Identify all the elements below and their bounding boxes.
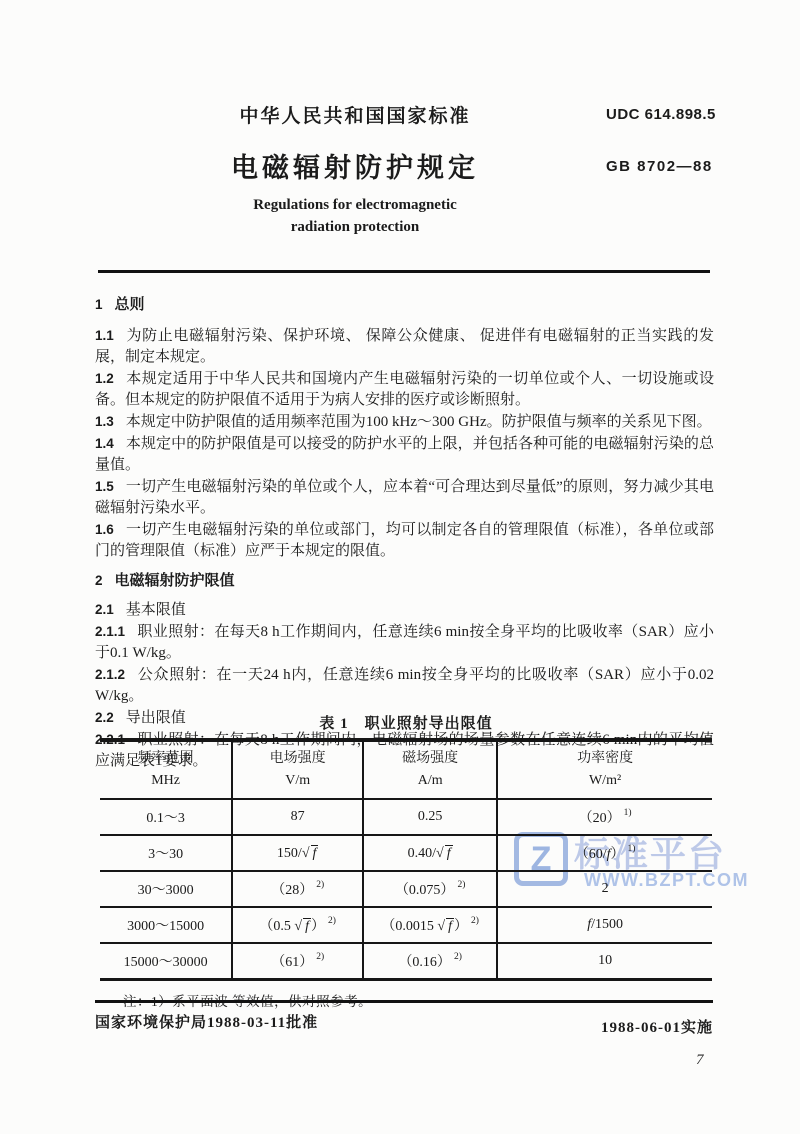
table-block: 表 1 职业照射导出限值 频率范围MHz 电场强度V/m 磁场强度A/m 功率密…: [100, 712, 712, 1010]
header-divider: [98, 270, 710, 273]
table-cell: （0.075）2): [363, 871, 497, 907]
approval-text: 国家环境保护局1988-03-11批准: [95, 1011, 318, 1032]
clause-number: 2: [95, 573, 103, 588]
document-page: 中华人民共和国国家标准 UDC 614.898.5 电磁辐射防护规定 GB 87…: [0, 0, 800, 1134]
table-row: 3～30 150/√f 0.40/√f （60/f）1): [100, 835, 712, 871]
clause-number: 1.3: [95, 414, 114, 429]
clause: 1.1为防止电磁辐射污染、保护环境、 保障公众健康、 促进伴有电磁辐射的正当实践…: [95, 325, 714, 368]
table-cell: （0.5 √f）2): [232, 907, 363, 943]
column-header-power-density: 功率密度W/m²: [497, 740, 712, 799]
english-title-line1: Regulations for electromagnetic: [95, 197, 615, 214]
clause-text: 职业照射：在每天8 h工作期间内，任意连续6 min按全身平均的比吸收率（SAR…: [95, 624, 714, 661]
section-heading: 2电磁辐射防护限值: [95, 570, 714, 592]
table-row: 0.1～3 87 0.25 （20）1): [100, 799, 712, 835]
table-row: 3000～15000 （0.5 √f）2) （0.0015 √f）2) f/15…: [100, 907, 712, 943]
table-cell: 15000～30000: [100, 943, 232, 980]
column-header-hfield: 磁场强度A/m: [363, 740, 497, 799]
document-title: 电磁辐射防护规定: [95, 146, 615, 185]
table-cell: （28）2): [232, 871, 363, 907]
table-cell: 0.25: [363, 799, 497, 835]
clause-text: 一切产生电磁辐射污染的单位或个人，应本着“可合理达到尽量低”的原则，努力减少其电…: [95, 479, 714, 516]
table-title: 表 1 职业照射导出限值: [100, 712, 712, 733]
clause-number: 2.1.2: [95, 667, 125, 682]
clause-number: 1.4: [95, 436, 114, 451]
clause-number: 2.1.1: [95, 624, 125, 639]
clause-text: 公众照射：在一天24 h内，任意连续6 min按全身平均的比吸收率（SAR）应小…: [95, 667, 714, 704]
clause-text: 电磁辐射防护限值: [115, 573, 235, 589]
clause: 1.2本规定适用于中华人民共和国境内产生电磁辐射污染的一切单位或个人、一切设施或…: [95, 368, 714, 411]
clause-text: 本规定适用于中华人民共和国境内产生电磁辐射污染的一切单位或个人、一切设施或设备。…: [95, 371, 714, 408]
clause-number: 1: [95, 297, 103, 312]
column-header-frequency: 频率范围MHz: [100, 740, 232, 799]
clause: 1.5一切产生电磁辐射污染的单位或个人，应本着“可合理达到尽量低”的原则，努力减…: [95, 476, 714, 519]
table-cell: 150/√f: [232, 835, 363, 871]
clause: 1.3本规定中防护限值的适用频率范围为100 kHz～300 GHz。防护限值与…: [95, 411, 714, 433]
clause-number: 1.2: [95, 371, 114, 386]
table-cell: f/1500: [497, 907, 712, 943]
table-cell: （20）1): [497, 799, 712, 835]
table-cell: （61）2): [232, 943, 363, 980]
document-body: 1总则 1.1为防止电磁辐射污染、保护环境、 保障公众健康、 促进伴有电磁辐射的…: [95, 294, 714, 772]
standard-label: 中华人民共和国国家标准: [95, 101, 615, 128]
clause-number: 2.1: [95, 602, 114, 617]
table-cell: （0.0015 √f）2): [363, 907, 497, 943]
clause: 1.4本规定中的防护限值是可以接受的防护水平的上限，并包括各种可能的电磁辐射污染…: [95, 433, 714, 476]
udc-number: UDC 614.898.5: [606, 106, 716, 123]
occupational-limits-table: 频率范围MHz 电场强度V/m 磁场强度A/m 功率密度W/m² 0.1～3 8…: [100, 738, 712, 981]
table-cell: 87: [232, 799, 363, 835]
table-cell: 10: [497, 943, 712, 980]
table-cell: （60/f）1): [497, 835, 712, 871]
clause-text: 基本限值: [126, 602, 186, 618]
footer-divider: [95, 1000, 713, 1003]
table-cell: （0.16）2): [363, 943, 497, 980]
clause-text: 为防止电磁辐射污染、保护环境、 保障公众健康、 促进伴有电磁辐射的正当实践的发展…: [95, 328, 714, 365]
clause-text: 一切产生电磁辐射污染的单位或部门，均可以制定各自的管理限值（标准），各单位或部门…: [95, 522, 714, 559]
table-cell: 0.40/√f: [363, 835, 497, 871]
clause-text: 本规定中的防护限值是可以接受的防护水平的上限，并包括各种可能的电磁辐射污染的总量…: [95, 436, 714, 473]
clause-number: 1.5: [95, 479, 114, 494]
clause: 2.1.2公众照射：在一天24 h内，任意连续6 min按全身平均的比吸收率（S…: [95, 664, 714, 707]
table-row: 30～3000 （28）2) （0.075）2) 2: [100, 871, 712, 907]
table-header-row: 频率范围MHz 电场强度V/m 磁场强度A/m 功率密度W/m²: [100, 740, 712, 799]
clause: 2.1.1职业照射：在每天8 h工作期间内，任意连续6 min按全身平均的比吸收…: [95, 621, 714, 664]
table-cell: 30～3000: [100, 871, 232, 907]
table-cell: 3～30: [100, 835, 232, 871]
table-row: 15000～30000 （61）2) （0.16）2) 10: [100, 943, 712, 980]
standard-number: GB 8702—88: [606, 158, 713, 175]
section-heading: 1总则: [95, 294, 714, 316]
clause-text: 总则: [115, 297, 145, 313]
clause-text: 本规定中防护限值的适用频率范围为100 kHz～300 GHz。防护限值与频率的…: [126, 414, 712, 430]
table-cell: 2: [497, 871, 712, 907]
implementation-text: 1988-06-01实施: [601, 1016, 713, 1037]
clause: 1.6一切产生电磁辐射污染的单位或部门，均可以制定各自的管理限值（标准），各单位…: [95, 519, 714, 562]
clause-number: 1.6: [95, 522, 114, 537]
clause: 2.1基本限值: [95, 599, 714, 621]
page-number: 7: [696, 1052, 704, 1069]
english-title-line2: radiation protection: [95, 219, 615, 236]
table-cell: 3000～15000: [100, 907, 232, 943]
clause-number: 1.1: [95, 328, 114, 343]
table-cell: 0.1～3: [100, 799, 232, 835]
column-header-efield: 电场强度V/m: [232, 740, 363, 799]
